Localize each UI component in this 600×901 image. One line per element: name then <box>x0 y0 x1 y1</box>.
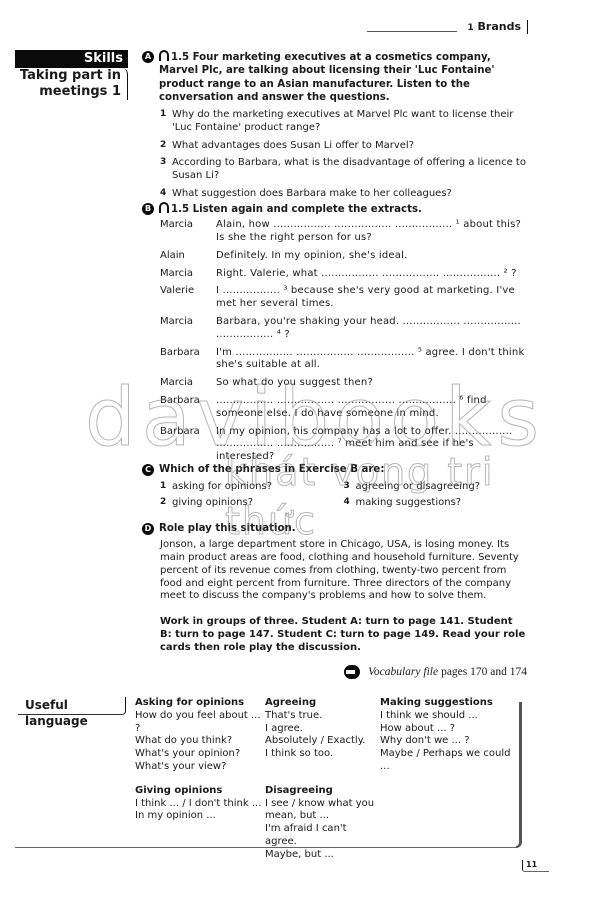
header-rule <box>367 31 457 32</box>
phrase: What do you think? <box>135 735 265 748</box>
vocab-file-label: Vocabulary file <box>368 665 438 680</box>
headphones-icon <box>159 50 169 61</box>
utterance: Alain, how ................. ...........… <box>216 219 527 245</box>
item-text: asking for opinions? <box>172 481 272 494</box>
utterance: Barbara, you're shaking your head. .....… <box>216 316 527 342</box>
phrase-group-title: Agreeing <box>265 697 380 710</box>
phrase: In my opinion ... <box>135 810 265 823</box>
dialogue-line: Barbara................. ...............… <box>160 395 527 421</box>
item-number: 1 <box>160 481 172 494</box>
phrase: I see / know what you mean, but ... <box>265 798 380 824</box>
item-text: agreeing or disagreeing? <box>356 481 481 494</box>
dialogue-line: AlainDefinitely. In my opinion, she's id… <box>160 250 527 263</box>
speaker-name: Barbara <box>160 426 216 464</box>
phrase-group: Giving opinionsI think ... / I don't thi… <box>135 785 265 862</box>
topic-label: Taking part in meetings 1 <box>15 68 128 100</box>
phrase: Absolutely / Exactly. <box>265 735 380 748</box>
dialogue-line: MarciaRight. Valerie, what .............… <box>160 268 527 281</box>
phrase-category-list: 1asking for opinions?3agreeing or disagr… <box>142 481 527 510</box>
question-text: What suggestion does Barbara make to her… <box>172 188 452 201</box>
phrase: I agree. <box>265 723 380 736</box>
phrase-group-title: Asking for opinions <box>135 697 265 710</box>
running-head: 1 Brands <box>367 20 528 34</box>
phrase: How about ... ? <box>380 723 515 736</box>
phrase: Maybe, but ... <box>265 849 380 862</box>
exercise-badge: D <box>142 523 154 535</box>
section-label: Skills <box>15 50 128 68</box>
phrase: Maybe / Perhaps we could ... <box>380 748 515 774</box>
question-text: What advantages does Susan Li offer to M… <box>172 140 414 153</box>
speaker-name: Marcia <box>160 219 216 245</box>
phrase: I think we should ... <box>380 710 515 723</box>
task-instruction: Work in groups of three. Student A: turn… <box>160 616 527 654</box>
exercise-instruction: Four marketing executives at a cosmetics… <box>159 52 495 103</box>
question-number: 3 <box>160 157 172 183</box>
exercise-a: A 1.5 Four marketing executives at a cos… <box>142 50 527 206</box>
item-number: 2 <box>160 497 172 510</box>
exercise-badge: C <box>142 464 154 476</box>
question-list: 1Why do the marketing executives at Marv… <box>142 109 527 201</box>
phrase-category: 3agreeing or disagreeing? <box>344 481 528 494</box>
speaker-name: Marcia <box>160 316 216 342</box>
unit-number: 1 <box>467 23 473 33</box>
phrase-category: 1asking for opinions? <box>160 481 344 494</box>
exercise-c: C Which of the phrases in Exercise B are… <box>142 463 527 510</box>
question-item: 4What suggestion does Barbara make to he… <box>160 188 527 201</box>
exercise-d: D Role play this situation. Jonson, a la… <box>142 522 527 679</box>
item-text: making suggestions? <box>356 497 462 510</box>
speaker-name: Alain <box>160 250 216 263</box>
utterance: I ................. ³ because she's very… <box>216 285 527 311</box>
exercise-badge: A <box>142 51 154 63</box>
dialogue-line: MarciaAlain, how ................. .....… <box>160 219 527 245</box>
phrase: I think ... / I don't think ... <box>135 798 265 811</box>
arrow-right-icon <box>344 665 360 679</box>
utterance: Right. Valerie, what ................. .… <box>216 268 527 281</box>
question-item: 2What advantages does Susan Li offer to … <box>160 140 527 153</box>
phrase-group-title: Disagreeing <box>265 785 380 798</box>
page-number: 11 <box>522 860 549 872</box>
item-number: 3 <box>344 481 356 494</box>
dialogue-line: MarciaSo what do you suggest then? <box>160 377 527 390</box>
exercise-instruction: Which of the phrases in Exercise B are: <box>159 463 384 476</box>
scenario-text: Jonson, a large department store in Chic… <box>160 539 527 603</box>
phrase: What's your opinion? <box>135 748 265 761</box>
utterance: In my opinion, his company has a lot to … <box>216 426 527 464</box>
speaker-name: Valerie <box>160 285 216 311</box>
phrase: How do you feel about ... ? <box>135 710 265 736</box>
dialogue-line: ValerieI ................. ³ because she… <box>160 285 527 311</box>
vocabulary-reference: Vocabulary file pages 170 and 174 <box>160 665 527 680</box>
phrase-group: Asking for opinionsHow do you feel about… <box>135 697 265 774</box>
utterance: Definitely. In my opinion, she's ideal. <box>216 250 527 263</box>
question-number: 2 <box>160 140 172 153</box>
dialogue-line: BarbaraIn my opinion, his company has a … <box>160 426 527 464</box>
box-divider <box>15 847 518 848</box>
speaker-name: Marcia <box>160 268 216 281</box>
phrase-category: 4making suggestions? <box>344 497 528 510</box>
question-text: Why do the marketing executives at Marve… <box>172 109 527 135</box>
phrase-group: Making suggestionsI think we should ...H… <box>380 697 515 774</box>
track-number: 1.5 <box>171 52 189 63</box>
dialogue: MarciaAlain, how ................. .....… <box>142 219 527 464</box>
unit-title: 1 Brands <box>467 20 528 34</box>
item-number: 4 <box>344 497 356 510</box>
useful-language-label: Useful language <box>18 697 126 715</box>
track-number: 1.5 <box>171 204 189 215</box>
phrase: What's your view? <box>135 761 265 774</box>
phrase: I'm afraid I can't agree. <box>265 823 380 849</box>
item-text: giving opinions? <box>172 497 253 510</box>
question-text: According to Barbara, what is the disadv… <box>172 157 527 183</box>
topic-line-2: meetings 1 <box>15 84 121 100</box>
question-item: 3According to Barbara, what is the disad… <box>160 157 527 183</box>
question-item: 1Why do the marketing executives at Marv… <box>160 109 527 135</box>
exercise-instruction: Listen again and complete the extracts. <box>193 204 422 215</box>
phrase-group-title: Giving opinions <box>135 785 265 798</box>
box-border <box>516 702 522 848</box>
phrase-group-title: Making suggestions <box>380 697 515 710</box>
topic-line-1: Taking part in <box>15 68 121 84</box>
utterance: ................. ................. ....… <box>216 395 527 421</box>
phrase-group: DisagreeingI see / know what you mean, b… <box>265 785 380 862</box>
utterance: So what do you suggest then? <box>216 377 527 390</box>
question-number: 1 <box>160 109 172 135</box>
exercise-instruction: Role play this situation. <box>159 522 296 535</box>
question-number: 4 <box>160 188 172 201</box>
speaker-name: Barbara <box>160 395 216 421</box>
dialogue-line: BarbaraI'm ................. ...........… <box>160 347 527 373</box>
utterance: I'm ................. ................. … <box>216 347 527 373</box>
phrase-category: 2giving opinions? <box>160 497 344 510</box>
speaker-name: Marcia <box>160 377 216 390</box>
speaker-name: Barbara <box>160 347 216 373</box>
headphones-icon <box>159 202 169 213</box>
exercise-badge: B <box>142 203 154 215</box>
dialogue-line: MarciaBarbara, you're shaking your head.… <box>160 316 527 342</box>
phrase: Why don't we ... ? <box>380 735 515 748</box>
phrase-group: AgreeingThat's true.I agree.Absolutely /… <box>265 697 380 774</box>
vocab-file-pages: pages 170 and 174 <box>441 665 527 680</box>
exercise-b: B 1.5 Listen again and complete the extr… <box>142 202 527 469</box>
phrase: That's true. <box>265 710 380 723</box>
phrase: I think so too. <box>265 748 380 761</box>
unit-name: Brands <box>478 20 521 33</box>
